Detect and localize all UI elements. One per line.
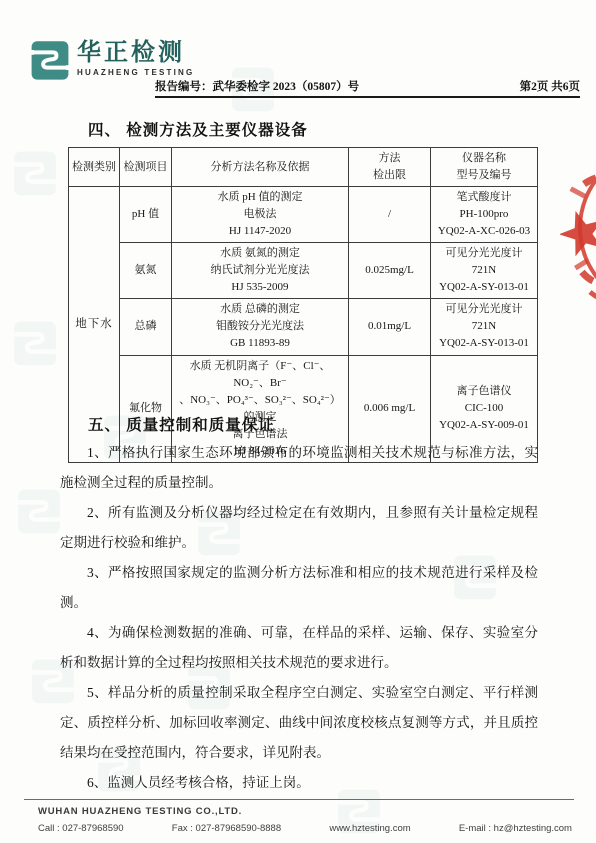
table-row: 氨氮 水质 氨氮的测定 纳氏试剂分光光度法 HJ 535-2009 0.025m…	[69, 243, 538, 299]
paragraph: 1、严格执行国家生态环境部颁布的环境监测相关技术规范与标准方法，实施检测全过程的…	[60, 438, 538, 498]
official-seal-partial	[560, 132, 596, 302]
item-cell: pH 值	[120, 187, 172, 243]
col-header-instrument: 仪器名称型号及编号	[431, 148, 538, 187]
paragraph: 4、为确保检测数据的准确、可靠，在样品的采样、运输、保存、实验室分析和数据计算的…	[60, 618, 538, 678]
seal-star-icon	[560, 204, 596, 259]
section5-title: 五、 质量控制和质量保证	[88, 413, 275, 435]
table-header-row: 检测类别 检测项目 分析方法名称及依据 方法检出限 仪器名称型号及编号	[69, 148, 538, 187]
instrument-cell: 可见分光光度计 721N YQ02-A-SY-013-01	[431, 243, 538, 299]
paragraph: 6、监测人员经考核合格，持证上岗。	[60, 768, 538, 798]
huazheng-logo-icon	[30, 38, 70, 82]
limit-cell: 0.01mg/L	[349, 299, 431, 355]
report-header-line: 报告编号：武华委检字 2023（05807）号 第2页 共6页	[155, 78, 580, 94]
instrument-cell: 笔式酸度计 PH-100pro YQ02-A-XC-026-03	[431, 187, 538, 243]
footer-website: www.hztesting.com	[329, 823, 410, 834]
item-cell: 氨氮	[120, 243, 172, 299]
table-row: 地下水 pH 值 水质 pH 值的测定 电极法 HJ 1147-2020 / 笔…	[69, 187, 538, 243]
limit-cell: 0.025mg/L	[349, 243, 431, 299]
footer-rule	[24, 799, 574, 800]
watermark-logo	[12, 148, 58, 203]
paragraph: 3、严格按照国家规定的监测分析方法标准和相应的技术规范进行采样及检测。	[60, 558, 538, 618]
brand-header: 华正检测 HUAZHENG TESTING	[30, 38, 194, 82]
method-cell: 水质 pH 值的测定 电极法 HJ 1147-2020	[172, 187, 349, 243]
brand-text: 华正检测 HUAZHENG TESTING	[77, 38, 194, 77]
col-header-category: 检测类别	[69, 148, 120, 187]
header-rule	[155, 96, 580, 98]
col-header-limit: 方法检出限	[349, 148, 431, 187]
col-header-method: 分析方法名称及依据	[172, 148, 349, 187]
footer-fax: Fax : 027-87968590-8888	[172, 823, 281, 834]
footer-phone: Call : 027-87968590	[38, 823, 124, 834]
watermark-logo	[12, 318, 58, 373]
item-cell: 总磷	[120, 299, 172, 355]
brand-name: 华正检测	[77, 40, 194, 66]
section4-title: 四、 检测方法及主要仪器设备	[88, 118, 308, 140]
col-header-item: 检测项目	[120, 148, 172, 187]
brand-subtitle: HUAZHENG TESTING	[77, 68, 194, 77]
paragraph: 5、样品分析的质量控制采取全程序空白测定、实验室空白测定、平行样测定、质控样分析…	[60, 678, 538, 768]
footer-contacts: Call : 027-87968590 Fax : 027-87968590-8…	[38, 823, 572, 834]
watermark-logo	[16, 486, 62, 541]
report-number: 报告编号：武华委检字 2023（05807）号	[155, 78, 359, 94]
method-cell: 水质 总磷的测定 钼酸铵分光光度法 GB 11893-89	[172, 299, 349, 355]
instrument-cell: 可见分光光度计 721N YQ02-A-SY-013-01	[431, 299, 538, 355]
method-cell: 水质 氨氮的测定 纳氏试剂分光光度法 HJ 535-2009	[172, 243, 349, 299]
paragraph: 2、所有监测及分析仪器均经过检定在有效期内，且参照有关计量检定规程定期进行校验和…	[60, 498, 538, 558]
quality-control-paragraphs: 1、严格执行国家生态环境部颁布的环境监测相关技术规范与标准方法，实施检测全过程的…	[60, 438, 538, 798]
footer-company-name: WUHAN HUAZHENG TESTING CO.,LTD.	[38, 806, 242, 817]
footer-email: E-mail : hz@hztesting.com	[459, 823, 572, 834]
limit-cell: /	[349, 187, 431, 243]
table-row: 总磷 水质 总磷的测定 钼酸铵分光光度法 GB 11893-89 0.01mg/…	[69, 299, 538, 355]
page-indicator: 第2页 共6页	[520, 78, 580, 94]
report-page: 华正检测 HUAZHENG TESTING 报告编号：武华委检字 2023（05…	[0, 0, 596, 843]
